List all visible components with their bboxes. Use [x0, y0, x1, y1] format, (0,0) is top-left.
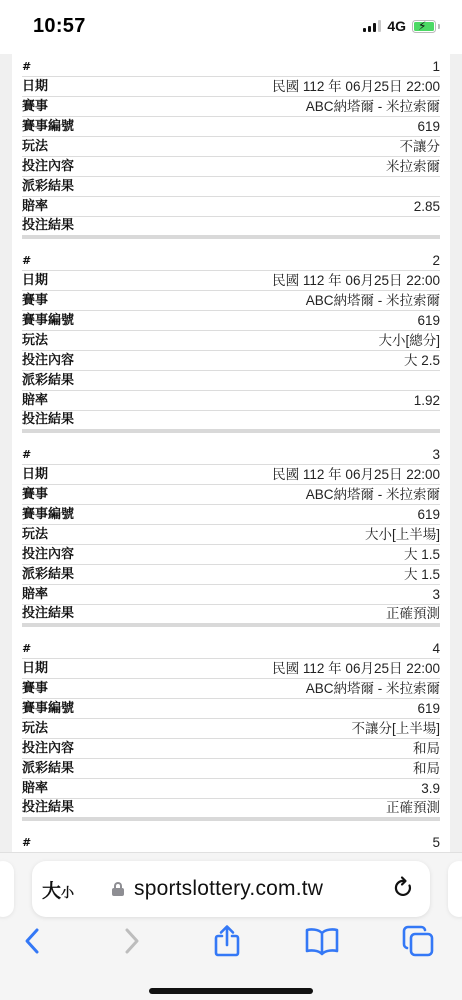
record-match-row: 賽事ABC納塔爾 - 米拉索爾 [22, 679, 440, 699]
status-time: 10:57 [33, 15, 86, 38]
lock-icon [112, 882, 124, 895]
record-number: 1 [432, 57, 440, 77]
back-button[interactable] [12, 921, 52, 961]
forward-button[interactable] [112, 921, 152, 961]
status-indicators: 4G ⚡ [363, 18, 440, 34]
record-date-row: 日期民國 112 年 06月25日 22:00 [22, 659, 440, 679]
chevron-left-icon [22, 927, 42, 955]
bet-record: #3 日期民國 112 年 06月25日 22:00 賽事ABC納塔爾 - 米拉… [22, 445, 440, 627]
book-icon [304, 926, 340, 956]
record-bet-content-row: 投注內容大 1.5 [22, 545, 440, 565]
browser-bottom-bar: 大小 sportslottery.com.tw [0, 852, 462, 1000]
record-match-no-row: 賽事編號619 [22, 505, 440, 525]
record-match-row: 賽事ABC納塔爾 - 米拉索爾 [22, 485, 440, 505]
record-payout-result-row: 派彩結果 [22, 177, 440, 197]
bet-record: #4 日期民國 112 年 06月25日 22:00 賽事ABC納塔爾 - 米拉… [22, 639, 440, 821]
share-icon [212, 924, 242, 958]
address-bar[interactable]: 大小 sportslottery.com.tw [32, 861, 430, 917]
bookmarks-button[interactable] [302, 921, 342, 961]
record-odds-row: 賠率2.85 [22, 197, 440, 217]
chevron-right-icon [122, 927, 142, 955]
record-play-type-row: 玩法大小[總分] [22, 331, 440, 351]
url-text[interactable]: sportslottery.com.tw [134, 877, 323, 901]
previous-tab-peek[interactable] [0, 861, 14, 917]
record-hash-row: #4 [22, 639, 440, 659]
record-bet-result-row: 投注結果 [22, 411, 440, 433]
record-match-row: 賽事ABC納塔爾 - 米拉索爾 [22, 97, 440, 117]
record-payout-result-row: 派彩結果 [22, 371, 440, 391]
record-match-no-row: 賽事編號619 [22, 311, 440, 331]
record-hash-row: #5 [22, 833, 440, 853]
record-play-type-row: 玩法不讓分 [22, 137, 440, 157]
text-size-button[interactable]: 大小 [42, 876, 74, 903]
battery-charging-icon: ⚡ [412, 20, 436, 33]
record-play-type-row: 玩法大小[上半場] [22, 525, 440, 545]
record-play-type-row: 玩法不讓分[上半場] [22, 719, 440, 739]
browser-toolbar [0, 921, 462, 961]
record-bet-content-row: 投注內容和局 [22, 739, 440, 759]
record-payout-result-row: 派彩結果大 1.5 [22, 565, 440, 585]
record-date-row: 日期民國 112 年 06月25日 22:00 [22, 271, 440, 291]
tabs-icon [401, 924, 435, 958]
bet-records-panel: #1 日期民國 112 年 06月25日 22:00 賽事ABC納塔爾 - 米拉… [12, 54, 450, 854]
record-match-row: 賽事ABC納塔爾 - 米拉索爾 [22, 291, 440, 311]
status-bar: 10:57 4G ⚡ [0, 0, 462, 54]
record-odds-row: 賠率3.9 [22, 779, 440, 799]
bet-record: #1 日期民國 112 年 06月25日 22:00 賽事ABC納塔爾 - 米拉… [22, 57, 440, 239]
record-number: 2 [432, 251, 440, 271]
reload-icon[interactable] [392, 875, 416, 901]
record-date-row: 日期民國 112 年 06月25日 22:00 [22, 465, 440, 485]
record-bet-content-row: 投注內容米拉索爾 [22, 157, 440, 177]
record-number: 3 [432, 445, 440, 465]
record-hash-row: #2 [22, 251, 440, 271]
record-date-row: 日期民國 112 年 06月25日 22:00 [22, 77, 440, 97]
record-bet-content-row: 投注內容大 2.5 [22, 351, 440, 371]
home-indicator[interactable] [149, 988, 313, 994]
record-bet-result-row: 投注結果正確預測 [22, 799, 440, 821]
record-odds-row: 賠率1.92 [22, 391, 440, 411]
share-button[interactable] [207, 921, 247, 961]
record-number: 5 [432, 833, 440, 853]
record-match-no-row: 賽事編號619 [22, 699, 440, 719]
record-hash-row: #1 [22, 57, 440, 77]
record-number: 4 [432, 639, 440, 659]
battery-cap [438, 24, 440, 29]
tabs-button[interactable] [398, 921, 438, 961]
bet-record: #2 日期民國 112 年 06月25日 22:00 賽事ABC納塔爾 - 米拉… [22, 251, 440, 433]
record-hash-row: #3 [22, 445, 440, 465]
next-tab-peek[interactable] [448, 861, 462, 917]
record-odds-row: 賠率3 [22, 585, 440, 605]
bet-record: #5 [22, 833, 440, 853]
record-match-no-row: 賽事編號619 [22, 117, 440, 137]
record-bet-result-row: 投注結果正確預測 [22, 605, 440, 627]
web-page[interactable]: #1 日期民國 112 年 06月25日 22:00 賽事ABC納塔爾 - 米拉… [0, 54, 462, 854]
record-bet-result-row: 投注結果 [22, 217, 440, 239]
record-payout-result-row: 派彩結果和局 [22, 759, 440, 779]
cellular-signal-icon [363, 20, 381, 32]
network-type: 4G [387, 18, 406, 34]
